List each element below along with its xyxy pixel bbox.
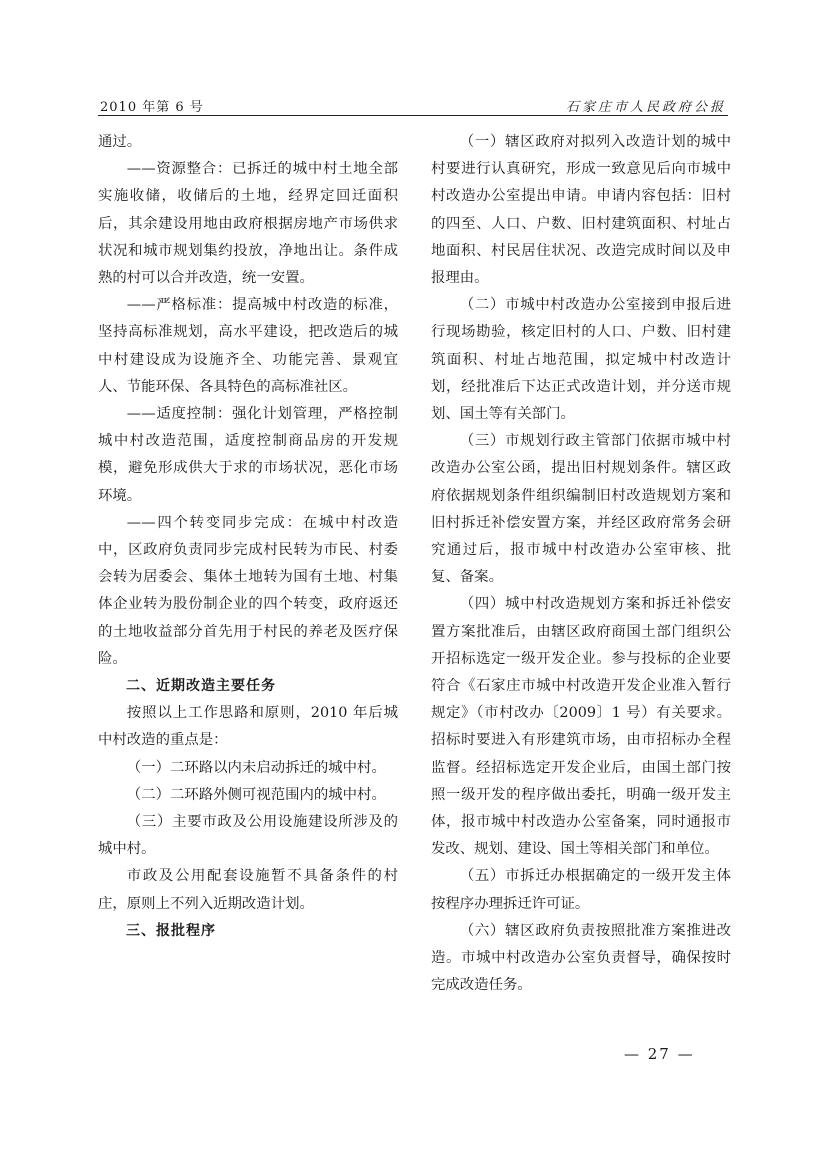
paragraph: 市政及公用配套设施暂不具备条件的村庄，原则上不列入近期改造计划。 [98,863,398,917]
paragraph: （三）市规划行政主管部门依据市城中村改造办公室公函，提出旧村规划条件。辖区政府依… [431,428,731,591]
paragraph: 按照以上工作思路和原则，2010 年后城中村改造的重点是： [98,700,398,754]
paragraph: （四）城中村改造规划方案和拆迁补偿安置方案批准后，由辖区政府商国土部门组织公开招… [431,591,731,863]
issue-label: 2010 年第 6 号 [100,96,204,115]
paragraph: （一）二环路以内未启动拆迁的城中村。 [98,755,398,782]
paragraph: 通过。 [98,129,398,156]
left-column: 通过。——资源整合：已拆迁的城中村土地全部实施收储，收储后的土地，经界定回迁面积… [98,129,398,945]
paragraph: （一）辖区政府对拟列入改造计划的城中村要进行认真研究，形成一致意见后向市城中村改… [431,129,731,292]
right-column: （一）辖区政府对拟列入改造计划的城中村要进行认真研究，形成一致意见后向市城中村改… [431,129,731,1000]
paragraph: （二）二环路外侧可视范围内的城中村。 [98,782,398,809]
paragraph: （六）辖区政府负责按照批准方案推进改造。市城中村改造办公室负责督导，确保按时完成… [431,918,731,1000]
page-number: — 27 — [624,1045,695,1063]
paragraph: ——严格标准：提高城中村改造的标准，坚持高标准规划，高水平建设，把改造后的城中村… [98,292,398,401]
paragraph: ——四个转变同步完成：在城中村改造中，区政府负责同步完成村民转为市民、村委会转为… [98,510,398,673]
header-rule [98,115,728,116]
publication-title: 石家庄市人民政府公报 [566,96,726,115]
paragraph: （三）主要市政及公用设施建设所涉及的城中村。 [98,809,398,863]
paragraph: （五）市拆迁办根据确定的一级开发主体按程序办理拆迁许可证。 [431,863,731,917]
section-heading: 三、报批程序 [98,918,398,945]
paragraph: （二）市城中村改造办公室接到申报后进行现场勘验，核定旧村的人口、户数、旧村建筑面… [431,292,731,428]
paragraph: ——适度控制：强化计划管理，严格控制城中村改造范围，适度控制商品房的开发规模，避… [98,401,398,510]
section-heading: 二、近期改造主要任务 [98,673,398,700]
running-header: 2010 年第 6 号 石家庄市人民政府公报 [98,96,728,114]
paragraph: ——资源整合：已拆迁的城中村土地全部实施收储，收储后的土地，经界定回迁面积后，其… [98,156,398,292]
